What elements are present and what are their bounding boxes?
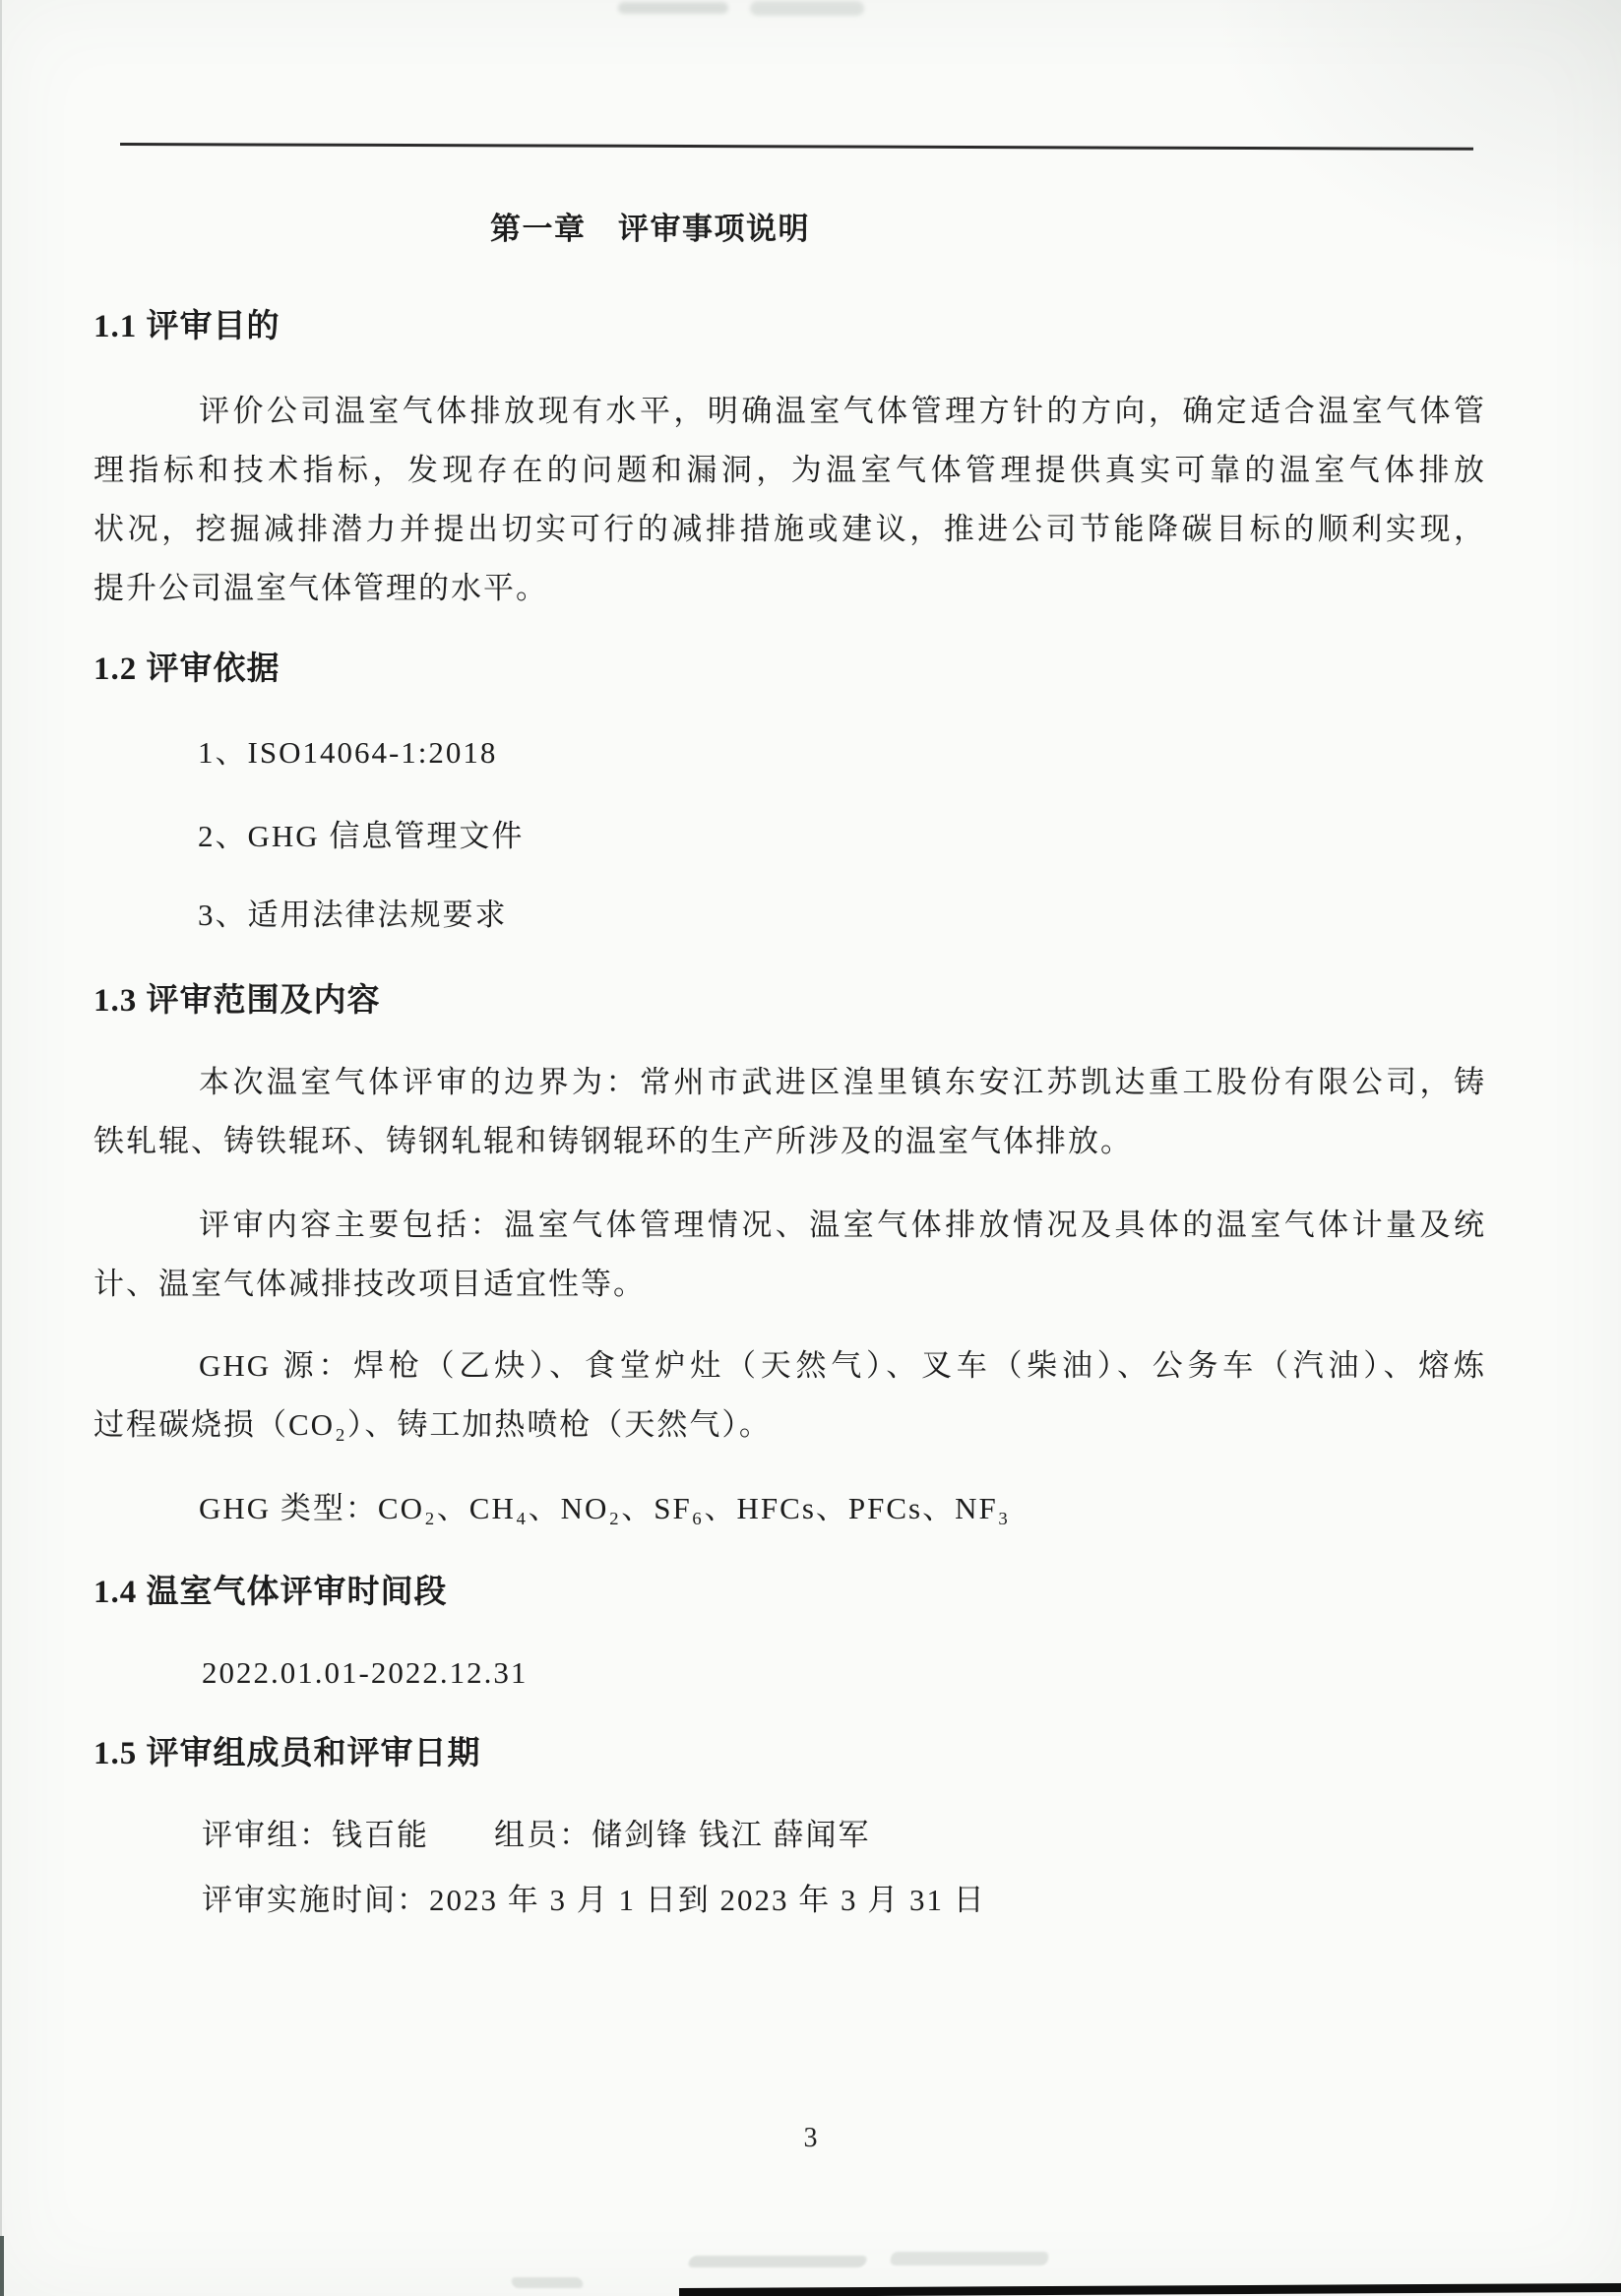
paragraph-line: 状况，挖掘减排潜力并提出切实可行的减排措施或建议，推进公司节能降碳目标的顺利实现… <box>94 500 1486 559</box>
paragraph-line: 提升公司温室气体管理的水平。 <box>94 559 1486 618</box>
paragraph-boundary: 本次温室气体评审的边界为：常州市武进区湟里镇东安江苏凯达重工股份有限公司，铸 铁… <box>94 1053 1486 1171</box>
paragraph-line: 计、温室气体减排技改项目适宜性等。 <box>94 1255 1486 1314</box>
scan-pencil-mark <box>890 2252 1049 2265</box>
paragraph-line: 铁轧辊、铸铁辊环、铸钢轧辊和铸钢辊环的生产所涉及的温室气体排放。 <box>94 1112 1486 1171</box>
scan-pencil-mark <box>687 2256 868 2267</box>
paragraph-review-content: 评审内容主要包括：温室气体管理情况、温室气体排放情况及具体的温室气体计量及统 计… <box>94 1196 1486 1314</box>
paragraph-line: GHG 类型：CO₂、CH₄、NO₂、SF₆、HFCs、PFCs、NF₃ <box>94 1479 1486 1538</box>
document-body: 第一章 评审事项说明 1.1 评审目的 评价公司温室气体排放现有水平，明确温室气… <box>94 0 1486 1924</box>
paragraph-line: GHG 源：焊枪（乙炔）、食堂炉灶（天然气）、叉车（柴油）、公务车（汽油）、熔炼 <box>94 1336 1486 1396</box>
paragraph-ghg-sources: GHG 源：焊枪（乙炔）、食堂炉灶（天然气）、叉车（柴油）、公务车（汽油）、熔炼… <box>94 1336 1486 1455</box>
list-item: 3、适用法律法规要求 <box>94 895 1486 936</box>
scan-artifact-bar <box>679 2283 1621 2296</box>
scanned-document-page: 第一章 评审事项说明 1.1 评审目的 评价公司温室气体排放现有水平，明确温室气… <box>0 0 1621 2296</box>
section-heading-1-2: 1.2 评审依据 <box>94 650 1486 689</box>
paragraph-purpose: 评价公司温室气体排放现有水平，明确温室气体管理方针的方向，确定适合温室气体管 理… <box>94 382 1486 618</box>
paragraph-line: 理指标和技术指标，发现存在的问题和漏洞，为温室气体管理提供真实可靠的温室气体排放 <box>94 441 1486 500</box>
list-item: 2、GHG 信息管理文件 <box>94 816 1486 857</box>
paragraph-line: 过程碳烧损（CO₂）、铸工加热喷枪（天然气）。 <box>94 1396 1486 1455</box>
scan-edge-strip <box>0 2236 4 2296</box>
review-team-line: 评审组：钱百能 组员：储剑锋 钱江 薛闻军 <box>94 1812 1486 1859</box>
paragraph-line: 本次温室气体评审的边界为：常州市武进区湟里镇东安江苏凯达重工股份有限公司，铸 <box>94 1053 1486 1112</box>
review-period: 2022.01.01-2022.12.31 <box>94 1652 1486 1694</box>
section-heading-1-3: 1.3 评审范围及内容 <box>94 981 1486 1021</box>
paragraph-ghg-types: GHG 类型：CO₂、CH₄、NO₂、SF₆、HFCs、PFCs、NF₃ <box>94 1479 1486 1538</box>
scan-edge-line <box>0 0 2 2296</box>
paragraph-line: 评价公司温室气体排放现有水平，明确温室气体管理方针的方向，确定适合温室气体管 <box>94 382 1486 441</box>
section-heading-1-4: 1.4 温室气体评审时间段 <box>94 1573 1486 1612</box>
footer-page-number: 3 <box>0 2122 1621 2155</box>
section-heading-1-5: 1.5 评审组成员和评审日期 <box>94 1734 1486 1773</box>
paragraph-line: 评审内容主要包括：温室气体管理情况、温室气体排放情况及具体的温室气体计量及统 <box>94 1196 1486 1255</box>
review-time-line: 评审实施时间：2023 年 3 月 1 日到 2023 年 3 月 31 日 <box>94 1877 1486 1924</box>
list-item: 1、ISO14064-1:2018 <box>94 732 1486 774</box>
section-heading-1-1: 1.1 评审目的 <box>94 307 1486 346</box>
scan-pencil-mark <box>511 2277 585 2288</box>
chapter-title: 第一章 评审事项说明 <box>490 210 1486 249</box>
